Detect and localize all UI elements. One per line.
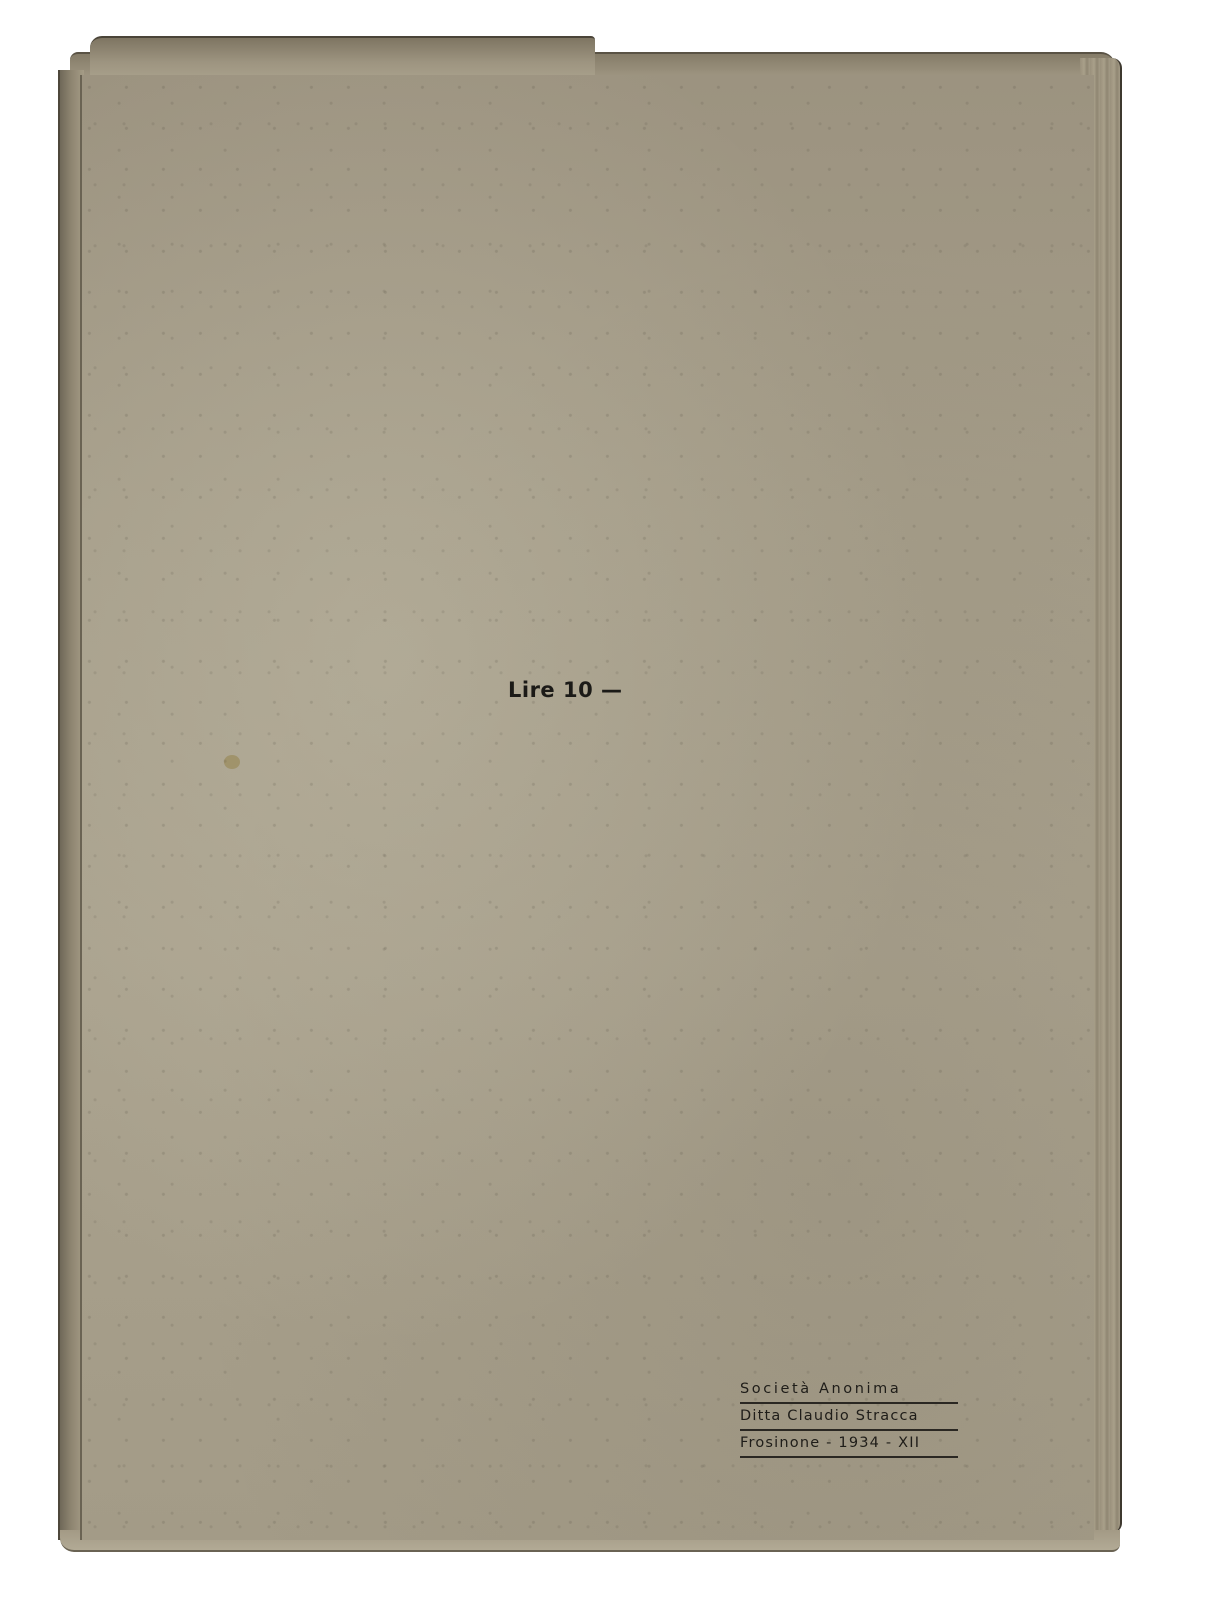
imprint-company: Società Anonima [740, 1377, 958, 1404]
publisher-imprint: Società Anonima Ditta Claudio Stracca Fr… [740, 1377, 958, 1458]
torn-top-flap [90, 36, 595, 78]
imprint-place-date: Frosinone - 1934 - XII [740, 1431, 958, 1458]
paper-stain [224, 755, 240, 769]
price-label: Lire 10 — [508, 678, 623, 702]
imprint-publisher: Ditta Claudio Stracca [740, 1404, 958, 1431]
book-back-cover: Lire 10 — Società Anonima Ditta Claudio … [0, 0, 1215, 1600]
cover-paper [80, 75, 1094, 1540]
